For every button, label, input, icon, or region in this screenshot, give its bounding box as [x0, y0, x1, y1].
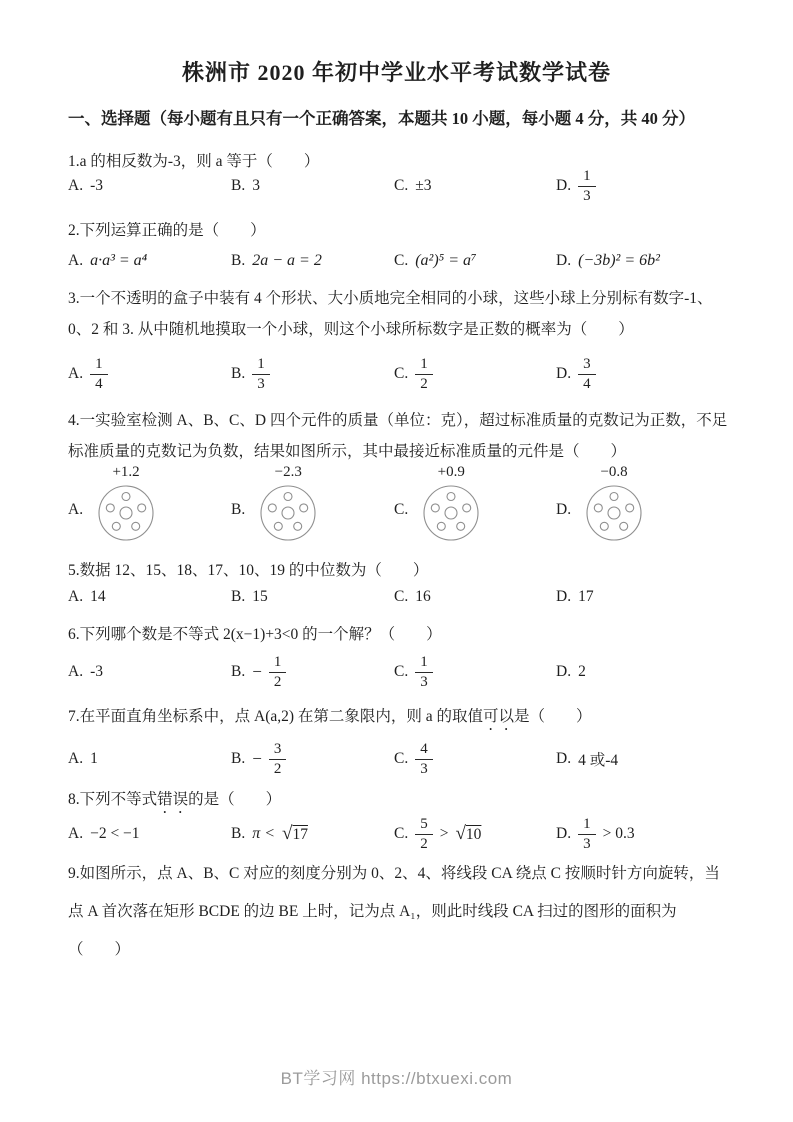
option-value: 14	[90, 588, 106, 606]
option-value: 4 或-4	[578, 748, 618, 770]
fraction-numerator: 3	[578, 355, 596, 375]
fraction-numerator: 1	[415, 355, 433, 375]
question-2-option-d: D. (−3b)² = 6b²	[556, 252, 736, 270]
radicand: 17	[292, 826, 308, 844]
question-7-options: A. 1 B. − 3 2 C. 4 3 D. 4 或-4	[68, 733, 748, 785]
minus-sign: −	[252, 662, 262, 682]
option-label: A.	[68, 501, 83, 519]
question-4-stem: 4.一实验室检测 A、B、C、D 四个元件的质量（单位：克），超过标准质量的克数…	[68, 405, 730, 467]
option-label: D.	[556, 825, 571, 843]
option-label: C.	[394, 501, 408, 519]
fraction-numerator: 1	[578, 815, 596, 835]
component-figure-b: −2.3	[259, 463, 317, 542]
option-value: 3	[252, 177, 260, 195]
fraction-numerator: 1	[252, 355, 270, 375]
question-8-option-d: D. 1 3 > 0.3	[556, 815, 736, 854]
option-label: B.	[231, 825, 245, 843]
fraction-denominator: 2	[269, 760, 287, 779]
option-value: 16	[415, 588, 431, 606]
radicand: 10	[466, 826, 482, 844]
option-label: D.	[556, 750, 571, 768]
question-7-option-b: B. − 3 2	[231, 740, 394, 779]
fraction-denominator: 3	[578, 835, 596, 854]
question-5-option-d: D. 17	[556, 588, 736, 606]
option-value: a·a³ = a⁴	[90, 252, 147, 270]
option-value: 17	[578, 588, 594, 606]
question-6-option-b: B. − 1 2	[231, 653, 394, 692]
fraction-denominator: 4	[578, 375, 596, 394]
mass-deviation-value: −2.3	[275, 463, 302, 481]
question-7-stem: 7.在平面直角坐标系中，点 A(a,2) 在第二象限内，则 a 的取值可以是（ …	[68, 701, 730, 734]
option-label: A.	[68, 663, 83, 681]
stem-text: 7.在平面直角坐标系中，点 A(a,2) 在第二象限内，则 a 的取值	[68, 708, 483, 725]
option-label: D.	[556, 663, 571, 681]
fraction-numerator: 5	[415, 815, 433, 835]
stem-text: 是（ ）	[514, 708, 592, 725]
question-2-option-c: C. (a²)⁵ = a⁷	[394, 252, 556, 270]
question-3-option-b: B. 1 3	[231, 355, 394, 394]
question-4-option-a: A. +1.2	[68, 463, 231, 542]
fraction-denominator: 3	[415, 673, 433, 692]
radical-sign: √	[455, 824, 465, 843]
option-value: ±3	[415, 177, 431, 195]
question-2-option-a: A. a·a³ = a⁴	[68, 252, 231, 270]
question-2-stem: 2.下列运算正确的是（ ）	[68, 215, 730, 246]
fraction-denominator: 2	[415, 375, 433, 394]
question-5-option-b: B. 15	[231, 588, 394, 606]
mass-deviation-value: −0.8	[600, 463, 627, 481]
mass-deviation-value: +1.2	[112, 463, 139, 481]
fraction-numerator: 1	[415, 653, 433, 673]
option-label: D.	[556, 588, 571, 606]
option-label: B.	[231, 501, 245, 519]
mass-deviation-value: +0.9	[438, 463, 465, 481]
fraction: 1 3	[578, 167, 596, 206]
option-value: -3	[90, 663, 103, 681]
option-label: C.	[394, 825, 408, 843]
component-disc-icon	[585, 484, 643, 542]
option-label: C.	[394, 750, 408, 768]
option-label: B.	[231, 365, 245, 383]
fraction-numerator: 1	[269, 653, 287, 673]
minus-sign: −	[252, 749, 262, 769]
option-value: -3	[90, 177, 103, 195]
question-5-option-a: A. 14	[68, 588, 231, 606]
fraction: 1 3	[252, 355, 270, 394]
question-6-option-d: D. 2	[556, 663, 736, 681]
question-8-option-b: B. π < √17	[231, 824, 394, 844]
question-7-option-d: D. 4 或-4	[556, 748, 736, 770]
question-2-options: A. a·a³ = a⁴ B. 2a − a = 2 C. (a²)⁵ = a⁷…	[68, 243, 748, 279]
option-label: C.	[394, 365, 408, 383]
question-5-stem: 5.数据 12、15、18、17、10、19 的中位数为（ ）	[68, 555, 730, 586]
question-3-options: A. 1 4 B. 1 3 C. 1 2 D. 3 4	[68, 350, 748, 398]
option-value: 2a − a = 2	[252, 252, 322, 270]
sqrt-expression: √10	[455, 824, 481, 844]
question-4-option-b: B. −2.3	[231, 463, 394, 542]
fraction-denominator: 3	[578, 187, 596, 206]
option-value: 1	[90, 750, 98, 768]
fraction-denominator: 3	[415, 760, 433, 779]
option-label: C.	[394, 252, 408, 270]
question-7-option-a: A. 1	[68, 750, 231, 768]
option-value: 2	[578, 663, 586, 681]
fraction: 1 3	[578, 815, 596, 854]
question-4-option-d: D. −0.8	[556, 463, 736, 542]
question-3-option-c: C. 1 2	[394, 355, 556, 394]
component-figure-c: +0.9	[422, 463, 480, 542]
option-label: A.	[68, 252, 83, 270]
question-6-option-a: A. -3	[68, 663, 231, 681]
question-1-option-d: D. 1 3	[556, 167, 736, 206]
fraction-numerator: 1	[578, 167, 596, 187]
fraction-numerator: 3	[269, 740, 287, 760]
fraction: 1 2	[415, 355, 433, 394]
emphasized-text: 错误	[157, 791, 188, 808]
option-value: (−3b)² = 6b²	[578, 252, 660, 270]
question-2-option-b: B. 2a − a = 2	[231, 252, 394, 270]
option-value: −2 < −1	[90, 825, 139, 843]
component-figure-a: +1.2	[97, 463, 155, 542]
option-label: B.	[231, 588, 245, 606]
fraction: 4 3	[415, 740, 433, 779]
footer-credit[interactable]: BT学习网 https://btxuexi.com	[0, 1064, 793, 1089]
component-disc-icon	[97, 484, 155, 542]
question-6-option-c: C. 1 3	[394, 653, 556, 692]
exam-paper-page: 株洲市 2020 年初中学业水平考试数学试卷 一、选择题（每小题有且只有一个正确…	[0, 0, 793, 1122]
component-disc-icon	[259, 484, 317, 542]
page-title: 株洲市 2020 年初中学业水平考试数学试卷	[0, 56, 793, 87]
option-label: D.	[556, 365, 571, 383]
question-3-stem: 3.一个不透明的盒子中装有 4 个形状、大小质地完全相同的小球，这些小球上分别标…	[68, 283, 730, 345]
option-label: A.	[68, 825, 83, 843]
option-label: A.	[68, 750, 83, 768]
question-1-options: A. -3 B. 3 C. ±3 D. 1 3	[68, 163, 748, 209]
option-label: B.	[231, 750, 245, 768]
option-label: D.	[556, 252, 571, 270]
fraction-denominator: 3	[252, 375, 270, 394]
question-5-options: A. 14 B. 15 C. 16 D. 17	[68, 583, 748, 611]
emphasized-text: 可以	[483, 708, 514, 725]
fraction: 1 2	[269, 653, 287, 692]
fraction: 1 3	[415, 653, 433, 692]
option-label: C.	[394, 663, 408, 681]
option-value: 15	[252, 588, 268, 606]
question-3-option-d: D. 3 4	[556, 355, 736, 394]
fraction: 1 4	[90, 355, 108, 394]
fraction-denominator: 2	[269, 673, 287, 692]
question-8-options: A. −2 < −1 B. π < √17 C. 5 2 > √10 D. 1 …	[68, 810, 748, 858]
greater-than-sign: >	[440, 825, 449, 843]
option-value: (a²)⁵ = a⁷	[415, 252, 476, 270]
fraction-numerator: 4	[415, 740, 433, 760]
fraction: 3 2	[269, 740, 287, 779]
radical-sign: √	[282, 824, 292, 843]
question-8-option-c: C. 5 2 > √10	[394, 815, 556, 854]
sqrt-expression: √17	[282, 824, 308, 844]
question-5-option-c: C. 16	[394, 588, 556, 606]
question-9-stem: 9.如图所示，点 A、B、C 对应的刻度分别为 0、2、4、将线段 CA 绕点 …	[68, 855, 730, 969]
question-1-option-b: B. 3	[231, 177, 394, 195]
stem-text: 的是（ ）	[188, 791, 281, 808]
option-label: D.	[556, 177, 571, 195]
option-label: A.	[68, 365, 83, 383]
section-header: 一、选择题（每小题有且只有一个正确答案，本题共 10 小题，每小题 4 分，共 …	[68, 105, 730, 129]
question-1-option-a: A. -3	[68, 177, 231, 195]
question-6-options: A. -3 B. − 1 2 C. 1 3 D. 2	[68, 646, 748, 698]
fraction: 5 2	[415, 815, 433, 854]
option-label: C.	[394, 588, 408, 606]
fraction-numerator: 1	[90, 355, 108, 375]
fraction-denominator: 2	[415, 835, 433, 854]
component-disc-icon	[422, 484, 480, 542]
option-label: C.	[394, 177, 408, 195]
option-label: B.	[231, 663, 245, 681]
question-1-option-c: C. ±3	[394, 177, 556, 195]
question-3-option-a: A. 1 4	[68, 355, 231, 394]
option-label: B.	[231, 177, 245, 195]
question-4-option-c: C. +0.9	[394, 463, 556, 542]
stem-text: 8.下列不等式	[68, 791, 157, 808]
option-value: π <	[252, 825, 275, 843]
fraction-denominator: 4	[90, 375, 108, 394]
option-label: A.	[68, 177, 83, 195]
option-label: A.	[68, 588, 83, 606]
component-figure-d: −0.8	[585, 463, 643, 542]
option-label: D.	[556, 501, 571, 519]
option-value: > 0.3	[603, 825, 635, 843]
fraction: 3 4	[578, 355, 596, 394]
question-4-options: A. +1.2 B. −2.3	[68, 463, 748, 542]
question-8-option-a: A. −2 < −1	[68, 825, 231, 843]
option-label: B.	[231, 252, 245, 270]
question-7-option-c: C. 4 3	[394, 740, 556, 779]
